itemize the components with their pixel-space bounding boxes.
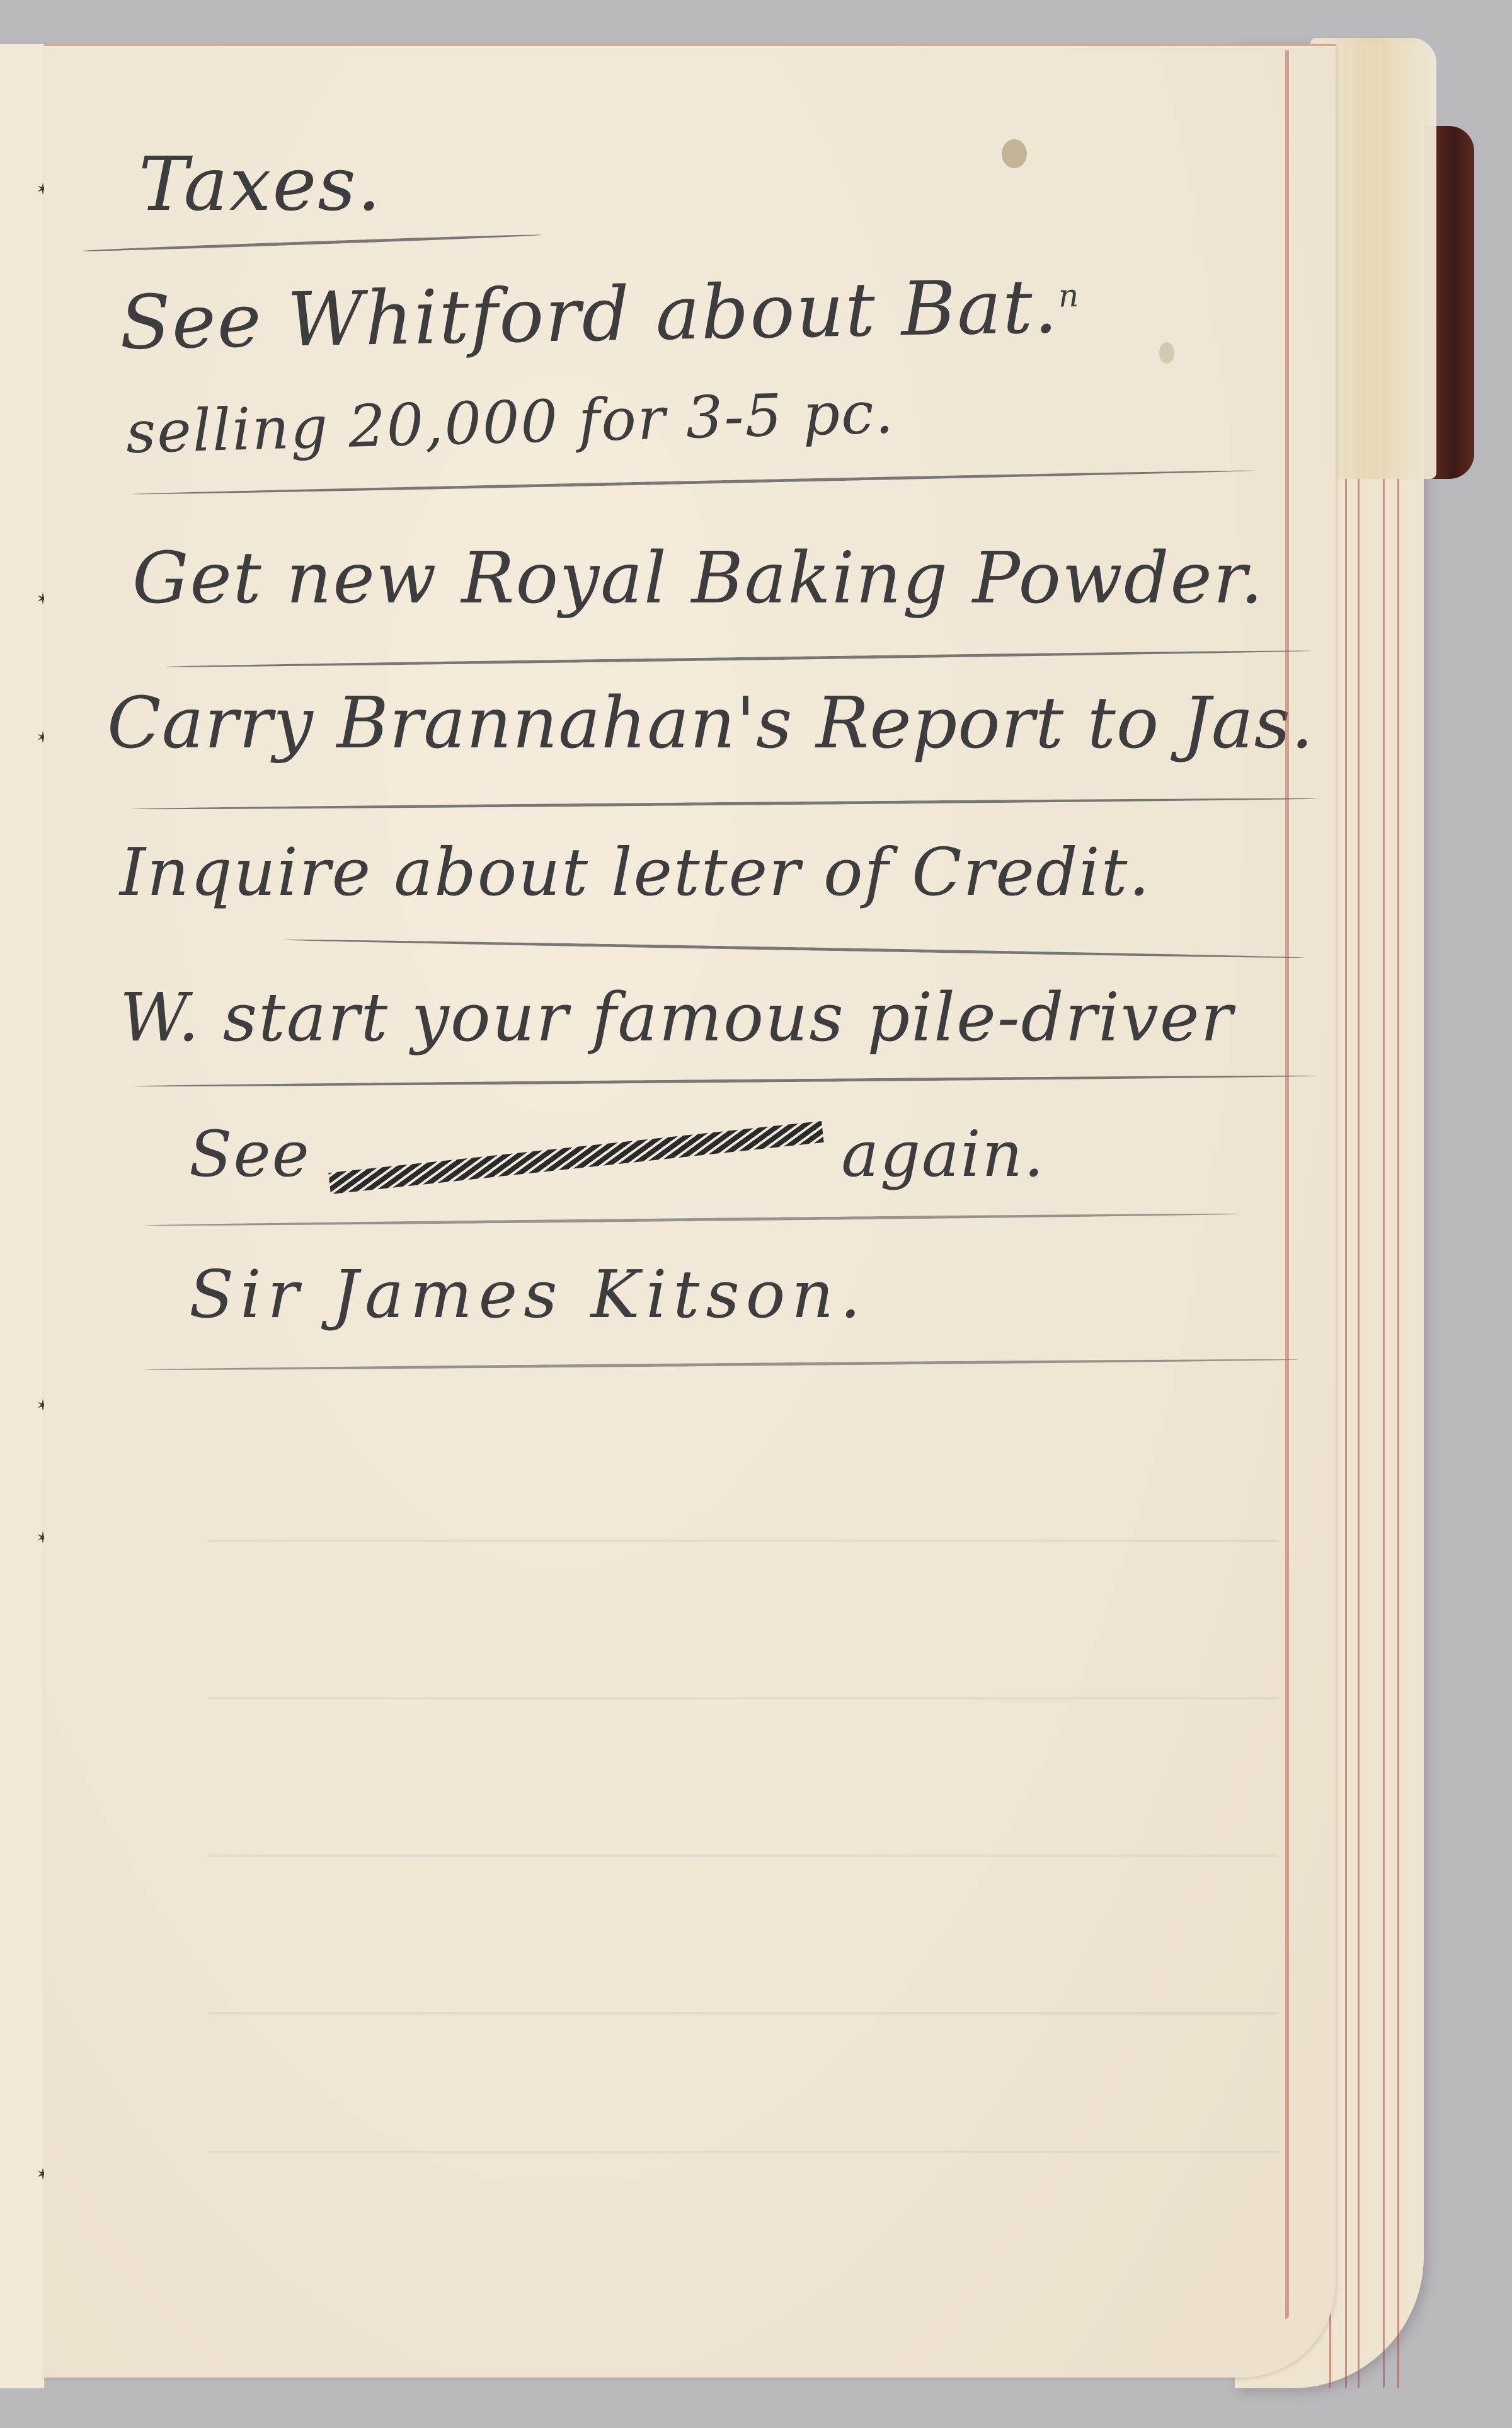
page-heading: Taxes. [139, 141, 382, 227]
entry-line: Inquire about letter of Credit. [120, 834, 1151, 911]
notebook-scene: ✶ ✶ ✶ ✶ ✶ ✶ Taxes. See Whitford about Ba… [0, 0, 1512, 2428]
entry-text-before: See [189, 1117, 311, 1191]
entry-text-after: again. [841, 1117, 1045, 1191]
bleed-through-line [208, 1955, 1279, 2015]
bleed-through-line [208, 1798, 1279, 1857]
entry-text: See Whitford about Bat. [119, 263, 1060, 366]
facing-page-strip [0, 44, 45, 2388]
stain-spot [1002, 139, 1027, 168]
entry-line: Carry Brannahan's Report to Jas. [107, 682, 1314, 764]
entry-superscript: n [1058, 277, 1080, 314]
notebook-page: Taxes. See Whitford about Bat.n selling … [44, 44, 1336, 2378]
divider-rule [283, 938, 1304, 959]
entry-line: Sir James Kitson. [189, 1256, 867, 1333]
divider-rule [132, 1074, 1317, 1088]
divider-rule [145, 1358, 1298, 1371]
bleed-through-line [208, 2094, 1279, 2153]
bleed-through-line [208, 1483, 1279, 1542]
entry-line: See Whitford about Bat.n [119, 262, 1081, 366]
divider-rule [164, 649, 1310, 668]
stain-spot [1159, 342, 1174, 364]
struck-out-word: [scribbled out] [332, 1117, 820, 1191]
entry-line: See [scribbled out] again. [189, 1117, 1045, 1191]
divider-rule [145, 1212, 1241, 1227]
bleed-through-line [208, 1640, 1279, 1700]
divider-rule [132, 469, 1254, 495]
page-red-edge [1285, 50, 1289, 2319]
entry-line: selling 20,000 for 3-5 pc. [125, 379, 896, 466]
heading-underline [82, 233, 542, 252]
divider-rule [132, 797, 1317, 810]
entry-line: Get new Royal Baking Powder. [132, 538, 1264, 619]
entry-line: W. start your famous pile-driver [120, 979, 1234, 1056]
